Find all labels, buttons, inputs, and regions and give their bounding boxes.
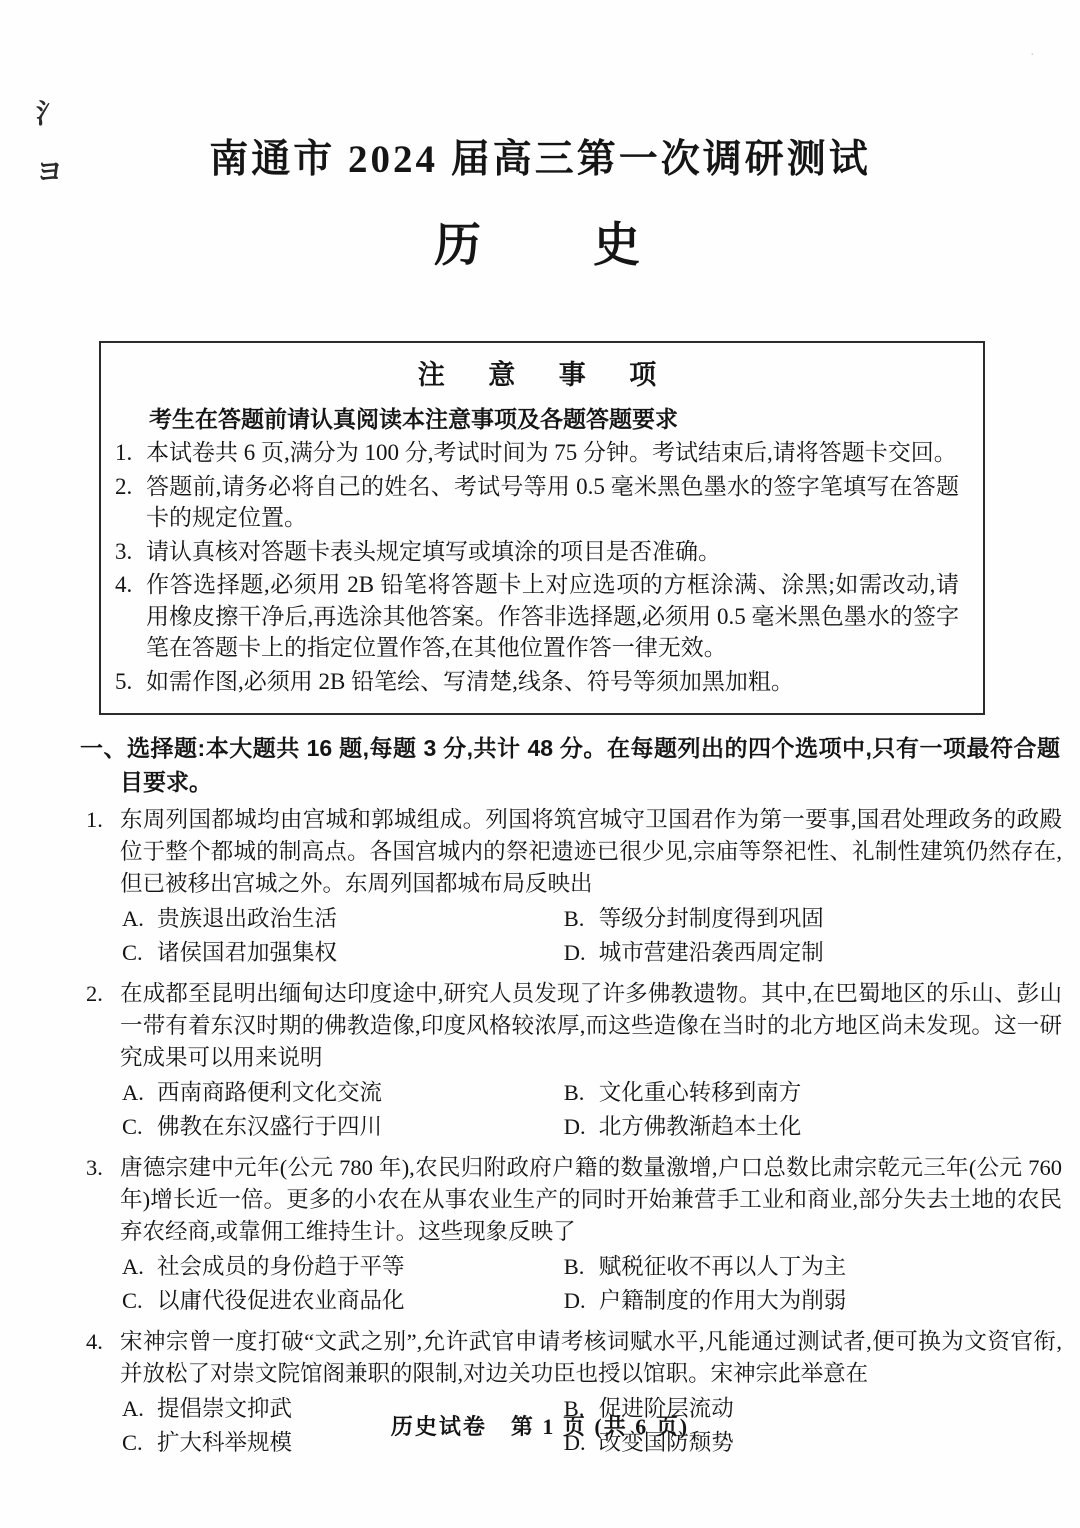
- notice-item-text: 如需作图,必须用 2B 铅笔绘、写清楚,线条、符号等须加黑加粗。: [146, 666, 959, 698]
- question-stem: 东周列国都城均由宫城和郭城组成。列国将筑宫城守卫国君作为第一要事,国君处理政务的…: [120, 804, 1062, 900]
- notice-item-3: 3. 请认真核对答题卡表头规定填写或填涂的项目是否准确。: [115, 536, 959, 568]
- option-text: 佛教在东汉盛行于四川: [157, 1110, 382, 1144]
- notice-item-number: 1.: [115, 437, 146, 469]
- option-text: 西南商路便利文化交流: [157, 1076, 382, 1110]
- option-label: A.: [122, 1076, 157, 1110]
- question-number: 1.: [86, 804, 120, 973]
- option-b: B.赋税征收不再以人丁为主: [564, 1250, 1062, 1284]
- option-text: 等级分封制度得到巩固: [599, 902, 824, 936]
- exam-paper-page: 氵 ヨ · 南通市 2024 届高三第一次调研测试 历 史 注 意 事 项 考生…: [0, 0, 1080, 1528]
- notice-item-text: 请认真核对答题卡表头规定填写或填涂的项目是否准确。: [146, 536, 959, 568]
- option-label: A.: [122, 1250, 157, 1284]
- option-label: C.: [122, 1110, 157, 1144]
- option-text: 北方佛教渐趋本土化: [599, 1110, 802, 1144]
- option-label: B.: [564, 902, 599, 936]
- question-stem: 在成都至昆明出缅甸达印度途中,研究人员发现了许多佛教遗物。其中,在巴蜀地区的乐山…: [120, 978, 1062, 1074]
- option-text: 贵族退出政治生活: [157, 902, 337, 936]
- notice-item-number: 4.: [115, 569, 146, 664]
- option-label: D.: [564, 936, 599, 970]
- option-text: 诸侯国君加强集权: [157, 936, 337, 970]
- option-b: B.文化重心转移到南方: [564, 1076, 1062, 1110]
- question-3: 3. 唐德宗建中元年(公元 780 年),农民归附政府户籍的数量激增,户口总数比…: [86, 1152, 1062, 1321]
- subject-title: 历 史: [0, 208, 1080, 275]
- option-text: 户籍制度的作用大为削弱: [599, 1284, 847, 1318]
- option-text: 赋税征收不再以人丁为主: [599, 1250, 847, 1284]
- option-b: B.等级分封制度得到巩固: [564, 902, 1062, 936]
- notice-item-1: 1. 本试卷共 6 页,满分为 100 分,考试时间为 75 分钟。考试结束后,…: [115, 437, 959, 469]
- question-1: 1. 东周列国都城均由宫城和郭城组成。列国将筑宫城守卫国君作为第一要事,国君处理…: [86, 804, 1062, 973]
- notice-item-number: 3.: [115, 536, 146, 568]
- notice-item-text: 本试卷共 6 页,满分为 100 分,考试时间为 75 分钟。考试结束后,请将答…: [146, 437, 959, 469]
- notice-item-5: 5. 如需作图,必须用 2B 铅笔绘、写清楚,线条、符号等须加黑加粗。: [115, 666, 959, 698]
- option-text: 社会成员的身份趋于平等: [157, 1250, 405, 1284]
- question-number: 4.: [86, 1326, 120, 1463]
- question-4: 4. 宋神宗曾一度打破“文武之别”,允许武官申请考核词赋水平,凡能通过测试者,便…: [86, 1326, 1062, 1463]
- notice-lead: 考生在答题前请认真阅读本注意事项及各题答题要求: [115, 403, 959, 435]
- question-2: 2. 在成都至昆明出缅甸达印度途中,研究人员发现了许多佛教遗物。其中,在巴蜀地区…: [86, 978, 1062, 1147]
- notice-item-2: 2. 答题前,请务必将自己的姓名、考试号等用 0.5 毫米黑色墨水的签字笔填写在…: [115, 471, 959, 534]
- option-c: C.诸侯国君加强集权: [122, 936, 564, 970]
- option-label: B.: [564, 1250, 599, 1284]
- page-footer: 历史试卷 第 1 页 (共 6 页): [0, 1410, 1080, 1441]
- option-label: C.: [122, 936, 157, 970]
- option-d: D.城市营建沿袭西周定制: [564, 936, 1062, 970]
- question-options: A.社会成员的身份趋于平等 B.赋税征收不再以人丁为主 C.以庸代役促进农业商品…: [122, 1250, 1062, 1317]
- option-label: C.: [122, 1284, 157, 1318]
- scan-edge-mark: 氵: [36, 92, 63, 131]
- question-body: 宋神宗曾一度打破“文武之别”,允许武官申请考核词赋水平,凡能通过测试者,便可换为…: [120, 1326, 1062, 1463]
- notice-item-number: 2.: [115, 471, 146, 534]
- question-stem: 宋神宗曾一度打破“文武之别”,允许武官申请考核词赋水平,凡能通过测试者,便可换为…: [120, 1326, 1062, 1390]
- option-c: C.以庸代役促进农业商品化: [122, 1284, 564, 1318]
- option-label: A.: [122, 902, 157, 936]
- option-d: D.户籍制度的作用大为削弱: [564, 1284, 1062, 1318]
- notice-item-text: 作答选择题,必须用 2B 铅笔将答题卡上对应选项的方框涂满、涂黑;如需改动,请用…: [146, 569, 959, 664]
- scan-artifact-dot: ·: [1030, 48, 1035, 64]
- scan-edge-mark: ヨ: [36, 150, 63, 189]
- option-a: A.贵族退出政治生活: [122, 902, 564, 936]
- question-body: 唐德宗建中元年(公元 780 年),农民归附政府户籍的数量激增,户口总数比肃宗乾…: [120, 1152, 1062, 1321]
- question-number: 3.: [86, 1152, 120, 1321]
- question-body: 东周列国都城均由宫城和郭城组成。列国将筑宫城守卫国君作为第一要事,国君处理政务的…: [120, 804, 1062, 973]
- option-text: 以庸代役促进农业商品化: [157, 1284, 405, 1318]
- question-stem: 唐德宗建中元年(公元 780 年),农民归附政府户籍的数量激增,户口总数比肃宗乾…: [120, 1152, 1062, 1248]
- section-header-choice: 一、选择题:本大题共 16 题,每题 3 分,共计 48 分。在每题列出的四个选…: [80, 731, 1060, 799]
- option-c: C.佛教在东汉盛行于四川: [122, 1110, 564, 1144]
- option-label: D.: [564, 1284, 599, 1318]
- option-label: D.: [564, 1110, 599, 1144]
- notice-box: 注 意 事 项 考生在答题前请认真阅读本注意事项及各题答题要求 1. 本试卷共 …: [99, 341, 985, 715]
- question-number: 2.: [86, 978, 120, 1147]
- option-label: B.: [564, 1076, 599, 1110]
- option-text: 文化重心转移到南方: [599, 1076, 802, 1110]
- notice-item-4: 4. 作答选择题,必须用 2B 铅笔将答题卡上对应选项的方框涂满、涂黑;如需改动…: [115, 569, 959, 664]
- question-body: 在成都至昆明出缅甸达印度途中,研究人员发现了许多佛教遗物。其中,在巴蜀地区的乐山…: [120, 978, 1062, 1147]
- option-d: D.北方佛教渐趋本土化: [564, 1110, 1062, 1144]
- option-a: A.西南商路便利文化交流: [122, 1076, 564, 1110]
- option-text: 城市营建沿袭西周定制: [599, 936, 824, 970]
- question-options: A.西南商路便利文化交流 B.文化重心转移到南方 C.佛教在东汉盛行于四川 D.…: [122, 1076, 1062, 1143]
- notice-item-text: 答题前,请务必将自己的姓名、考试号等用 0.5 毫米黑色墨水的签字笔填写在答题卡…: [146, 471, 959, 534]
- question-options: A.贵族退出政治生活 B.等级分封制度得到巩固 C.诸侯国君加强集权 D.城市营…: [122, 902, 1062, 969]
- page-title: 南通市 2024 届高三第一次调研测试: [0, 128, 1080, 184]
- notice-title: 注 意 事 项: [115, 355, 959, 395]
- option-a: A.社会成员的身份趋于平等: [122, 1250, 564, 1284]
- notice-item-number: 5.: [115, 666, 146, 698]
